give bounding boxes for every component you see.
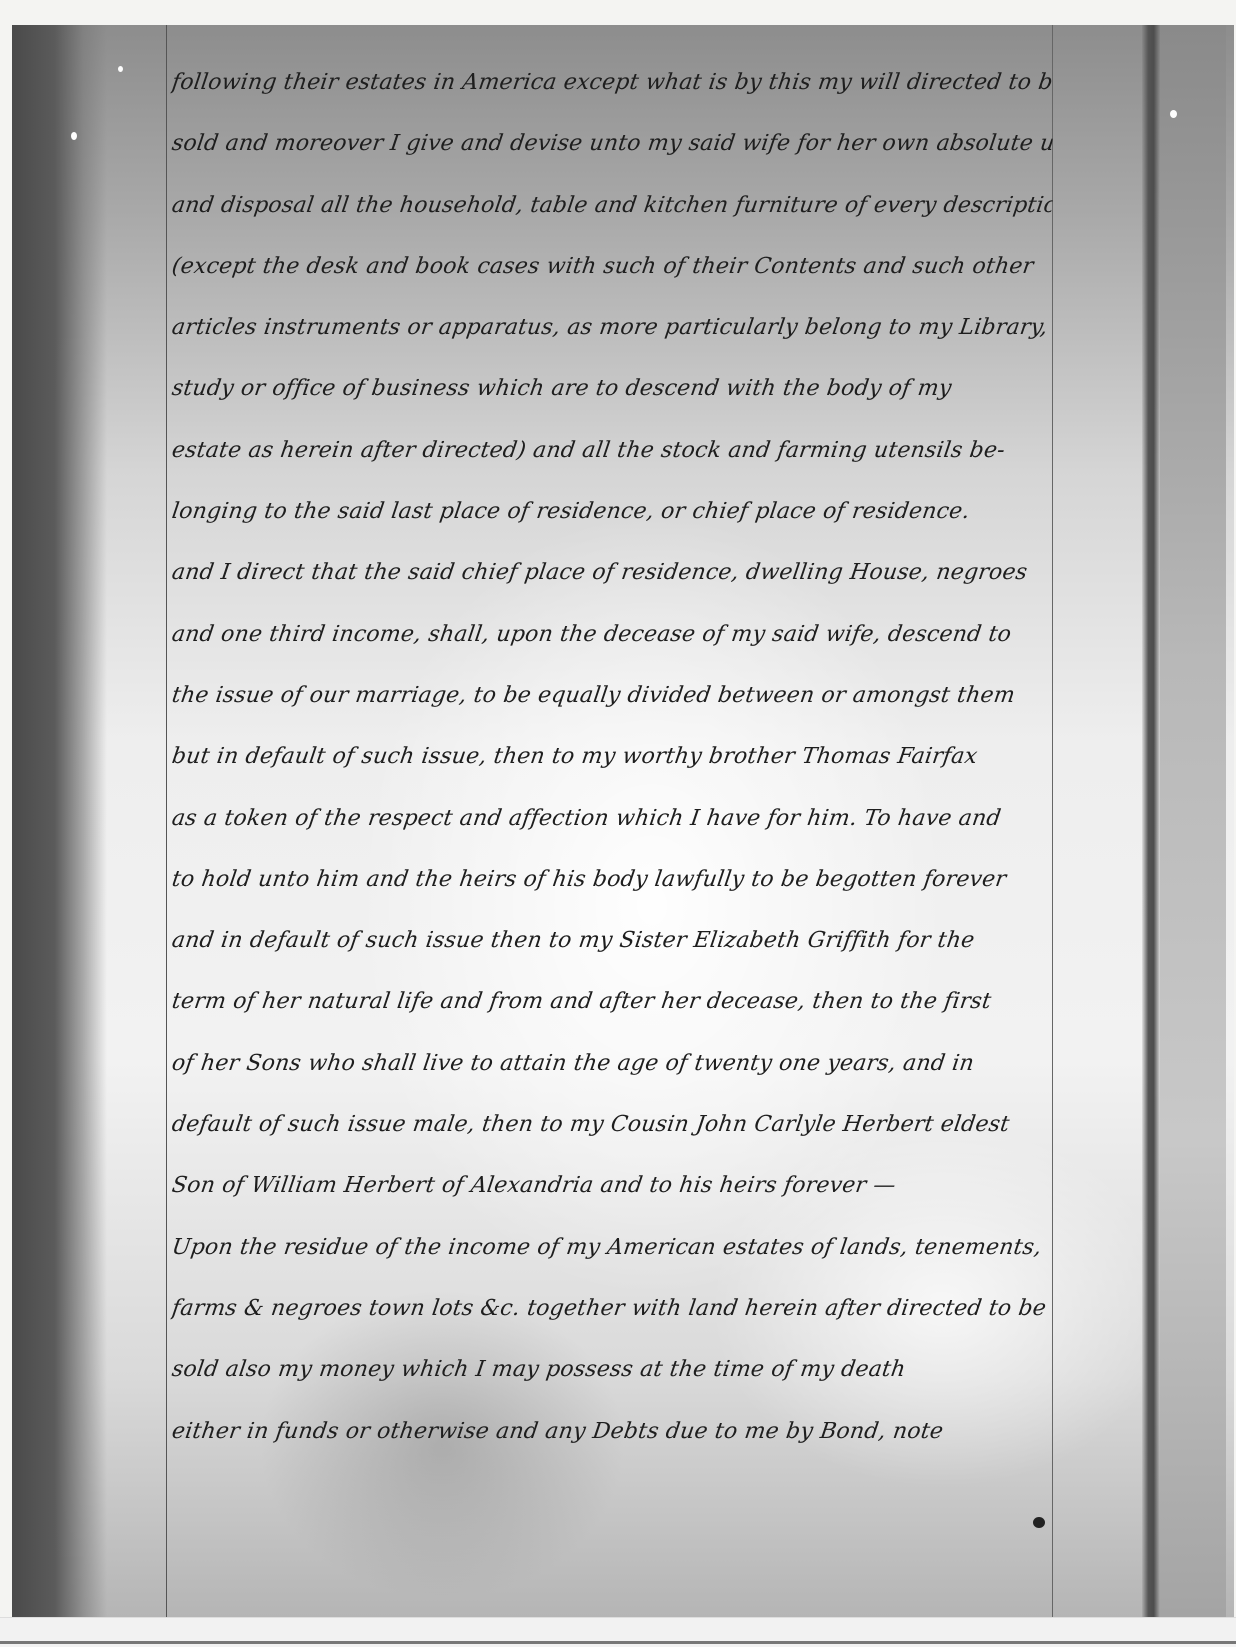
scan-speck bbox=[71, 132, 77, 140]
manuscript-line: to hold unto him and the heirs of his bo… bbox=[168, 849, 1057, 910]
manuscript-line: the issue of our marriage, to be equally… bbox=[168, 665, 1057, 726]
manuscript-line: study or office of business which are to… bbox=[168, 358, 1057, 419]
manuscript-line: Son of William Herbert of Alexandria and… bbox=[168, 1155, 1057, 1216]
manuscript-line: term of her natural life and from and af… bbox=[168, 971, 1057, 1032]
manuscript-line: farms & negroes town lots &c. together w… bbox=[168, 1278, 1057, 1339]
manuscript-line: either in funds or otherwise and any Deb… bbox=[168, 1401, 1057, 1462]
manuscript-line: following their estates in America excep… bbox=[168, 52, 1057, 113]
manuscript-line: sold and moreover I give and devise unto… bbox=[168, 113, 1057, 174]
manuscript-line: longing to the said last place of reside… bbox=[168, 481, 1057, 542]
manuscript-line: and in default of such issue then to my … bbox=[168, 910, 1057, 971]
manuscript-line: (except the desk and book cases with suc… bbox=[168, 236, 1057, 297]
manuscript-text: following their estates in America excep… bbox=[172, 52, 1052, 1462]
manuscript-line: sold also my money which I may possess a… bbox=[168, 1339, 1057, 1400]
manuscript-line: articles instruments or apparatus, as mo… bbox=[168, 297, 1057, 358]
manuscript-line: and I direct that the said chief place o… bbox=[168, 542, 1057, 603]
manuscript-line: but in default of such issue, then to my… bbox=[168, 726, 1057, 787]
manuscript-line: as a token of the respect and affection … bbox=[168, 788, 1057, 849]
manuscript-line: and one third income, shall, upon the de… bbox=[168, 604, 1057, 665]
margin-rule-left bbox=[166, 25, 167, 1617]
manuscript-line: Upon the residue of the income of my Ame… bbox=[168, 1217, 1057, 1278]
manuscript-line: and disposal all the household, table an… bbox=[168, 175, 1057, 236]
manuscript-line: default of such issue male, then to my C… bbox=[168, 1094, 1057, 1155]
manuscript-line: of her Sons who shall live to attain the… bbox=[168, 1033, 1057, 1094]
scan-shadow-left bbox=[12, 25, 107, 1617]
ink-blot bbox=[1033, 1517, 1045, 1528]
manuscript-line: estate as herein after directed) and all… bbox=[168, 420, 1057, 481]
scan-edge-right bbox=[1160, 25, 1226, 1617]
page-fold-line bbox=[1142, 25, 1160, 1617]
scan-speck bbox=[1170, 110, 1177, 118]
scan-bottom-margin bbox=[0, 1617, 1236, 1647]
scan-speck bbox=[118, 66, 123, 72]
